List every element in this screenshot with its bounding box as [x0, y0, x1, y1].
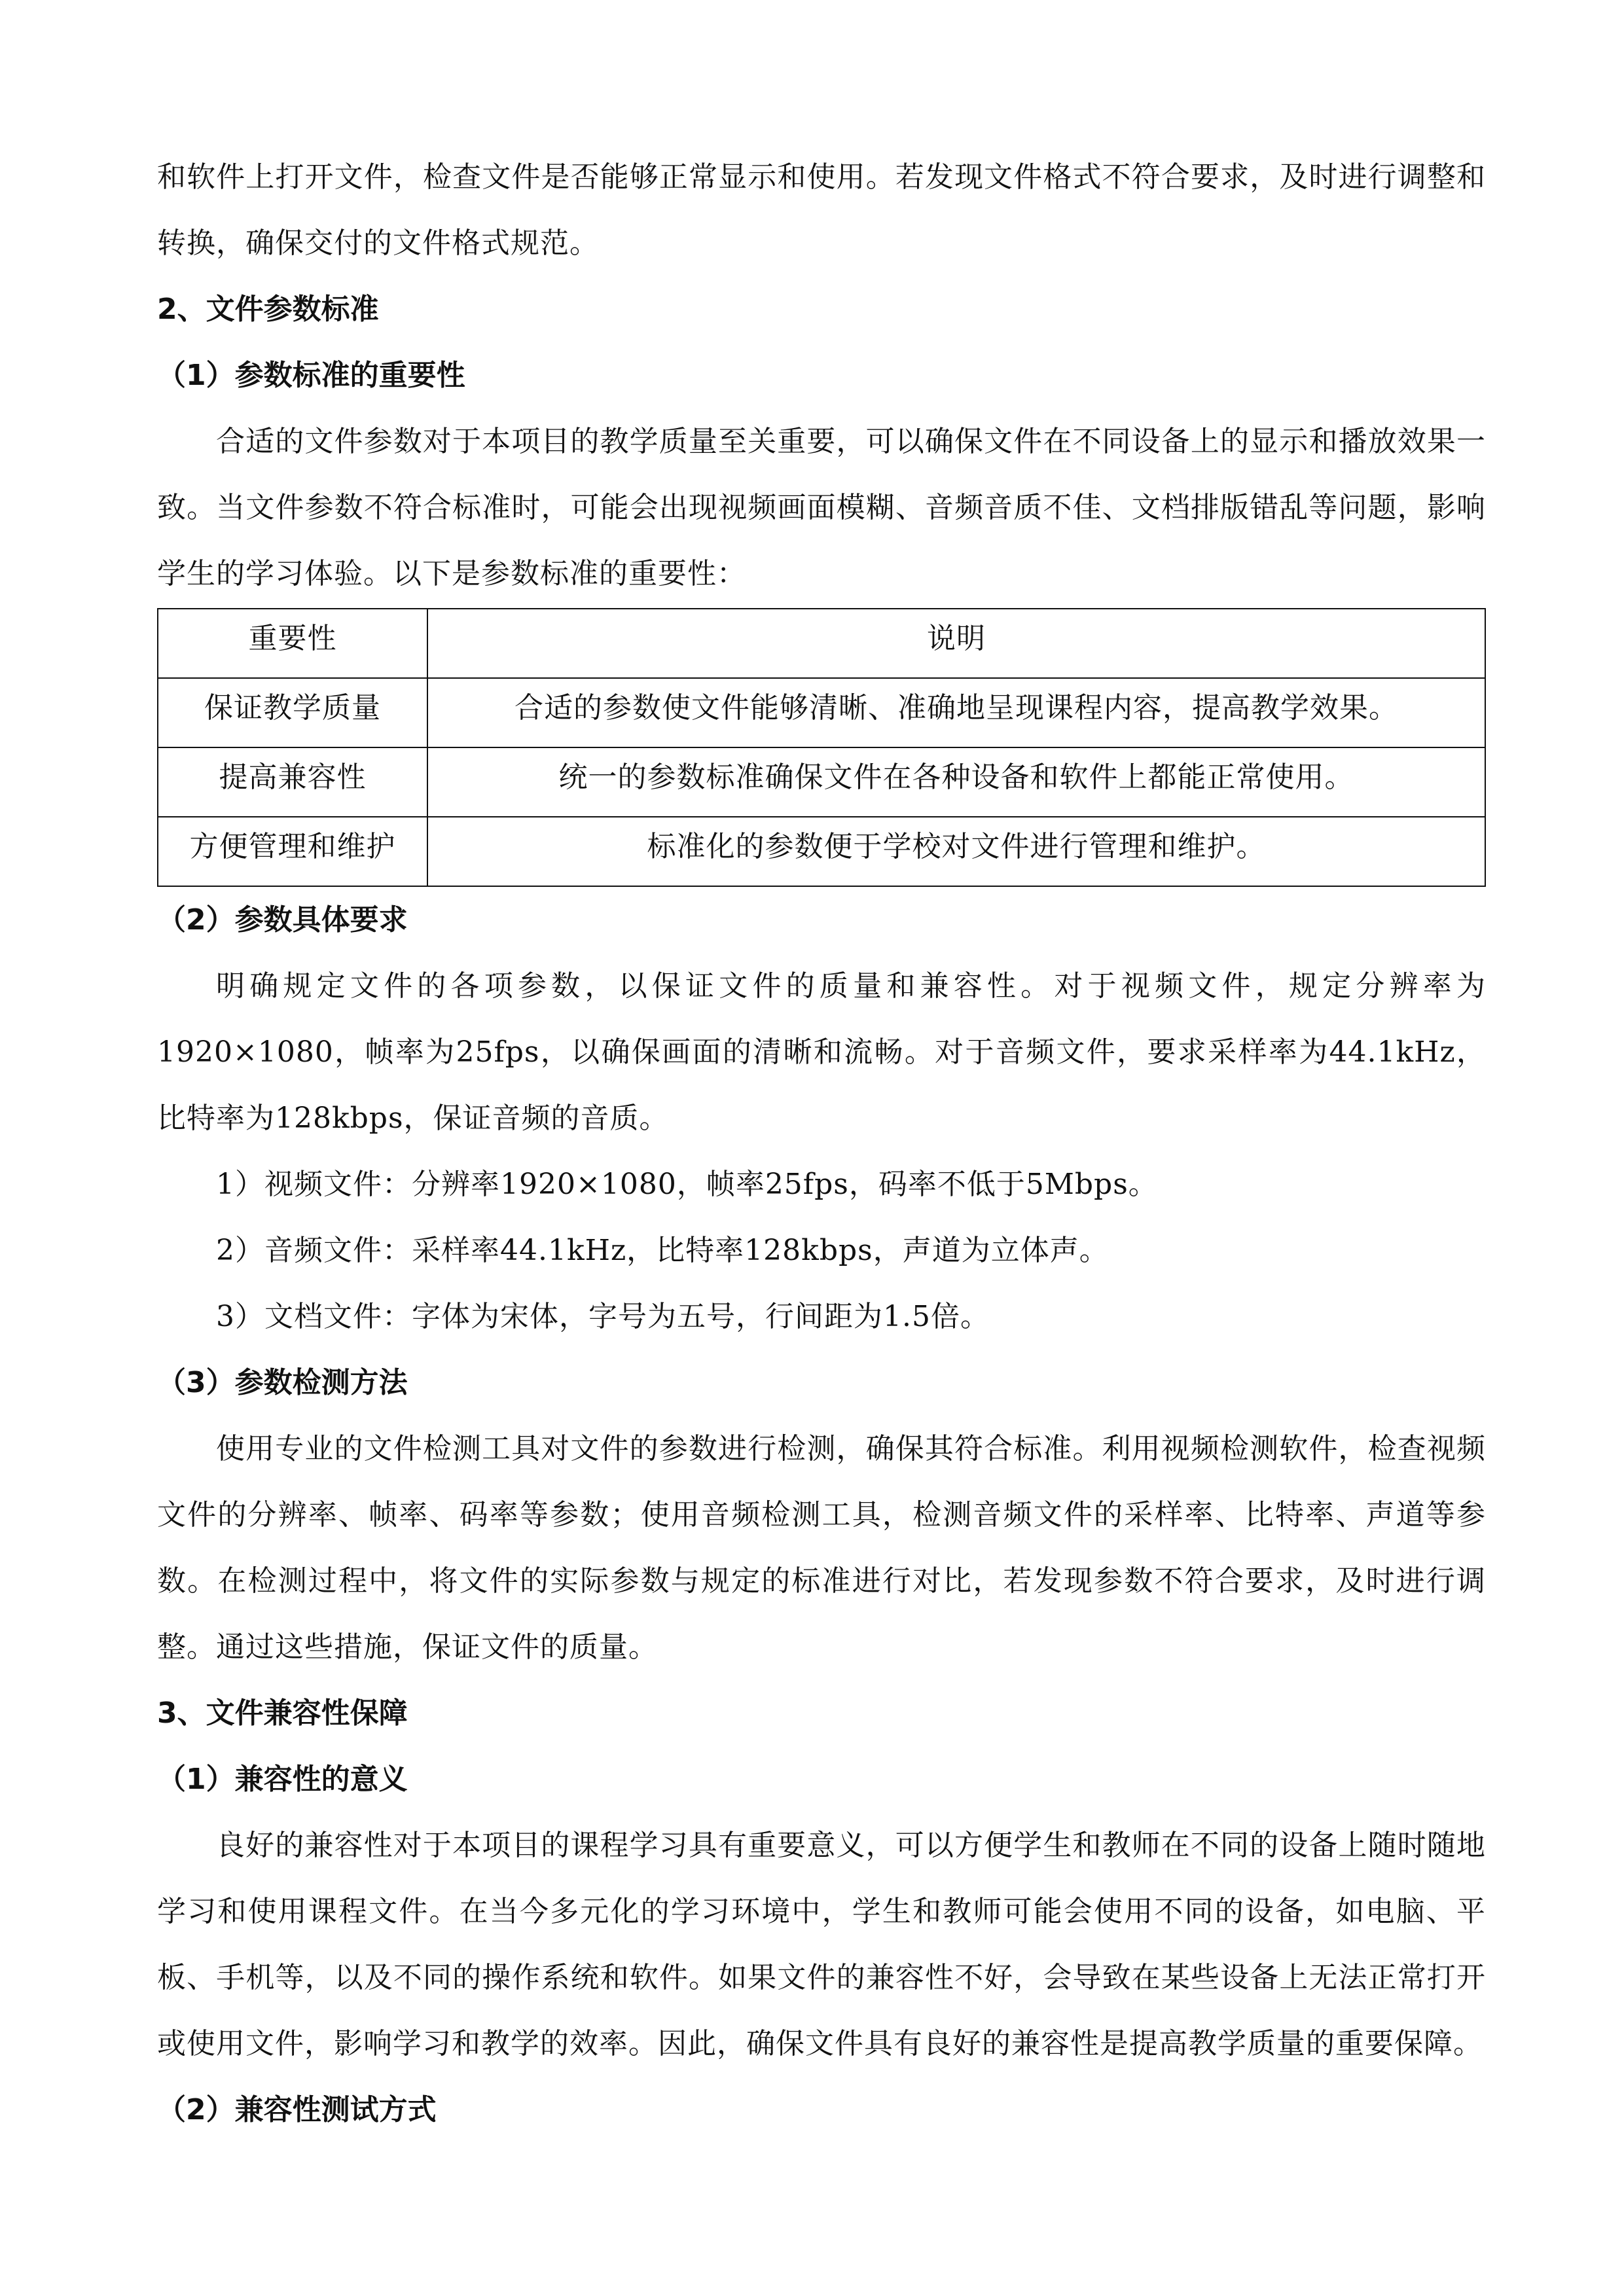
list-item: 2）音频文件：采样率44.1kHz，比特率128kbps，声道为立体声。 — [157, 1217, 1486, 1283]
table-cell: 保证教学质量 — [158, 678, 427, 747]
compatibility-paragraph: 良好的兼容性对于本项目的课程学习具有重要意义，可以方便学生和教师在不同的设备上随… — [157, 1812, 1486, 2077]
document-page: 和软件上打开文件，检查文件是否能够正常显示和使用。若发现文件格式不符合要求，及时… — [157, 144, 1486, 2143]
importance-table: 重要性 说明 保证教学质量 合适的参数使文件能够清晰、准确地呈现课程内容，提高教… — [157, 608, 1486, 887]
continuation-paragraph: 和软件上打开文件，检查文件是否能够正常显示和使用。若发现文件格式不符合要求，及时… — [157, 144, 1486, 276]
subheading-detection: （3）参数检测方法 — [157, 1350, 1486, 1416]
subheading-importance: （1）参数标准的重要性 — [157, 342, 1486, 408]
table-cell: 方便管理和维护 — [158, 817, 427, 886]
table-row: 提高兼容性 统一的参数标准确保文件在各种设备和软件上都能正常使用。 — [158, 747, 1485, 817]
section-heading-file-parameters: 2、文件参数标准 — [157, 276, 1486, 342]
subheading-compatibility-meaning: （1）兼容性的意义 — [157, 1746, 1486, 1812]
detection-paragraph: 使用专业的文件检测工具对文件的参数进行检测，确保其符合标准。利用视频检测软件，检… — [157, 1416, 1486, 1680]
table-header-cell: 重要性 — [158, 609, 427, 678]
table-header-cell: 说明 — [427, 609, 1485, 678]
section-heading-compatibility: 3、文件兼容性保障 — [157, 1680, 1486, 1746]
subheading-compatibility-testing: （2）兼容性测试方式 — [157, 2077, 1486, 2143]
requirements-paragraph: 明确规定文件的各项参数，以保证文件的质量和兼容性。对于视频文件，规定分辨率为19… — [157, 953, 1486, 1151]
table-cell: 提高兼容性 — [158, 747, 427, 817]
table-row: 方便管理和维护 标准化的参数便于学校对文件进行管理和维护。 — [158, 817, 1485, 886]
importance-paragraph: 合适的文件参数对于本项目的教学质量至关重要，可以确保文件在不同设备上的显示和播放… — [157, 408, 1486, 607]
table-cell: 标准化的参数便于学校对文件进行管理和维护。 — [427, 817, 1485, 886]
list-item: 3）文档文件：字体为宋体，字号为五号，行间距为1.5倍。 — [157, 1283, 1486, 1350]
table-row: 保证教学质量 合适的参数使文件能够清晰、准确地呈现课程内容，提高教学效果。 — [158, 678, 1485, 747]
table-cell: 统一的参数标准确保文件在各种设备和软件上都能正常使用。 — [427, 747, 1485, 817]
list-item: 1）视频文件：分辨率1920×1080，帧率25fps，码率不低于5Mbps。 — [157, 1151, 1486, 1217]
table-header-row: 重要性 说明 — [158, 609, 1485, 678]
table-cell: 合适的参数使文件能够清晰、准确地呈现课程内容，提高教学效果。 — [427, 678, 1485, 747]
subheading-requirements: （2）参数具体要求 — [157, 887, 1486, 953]
